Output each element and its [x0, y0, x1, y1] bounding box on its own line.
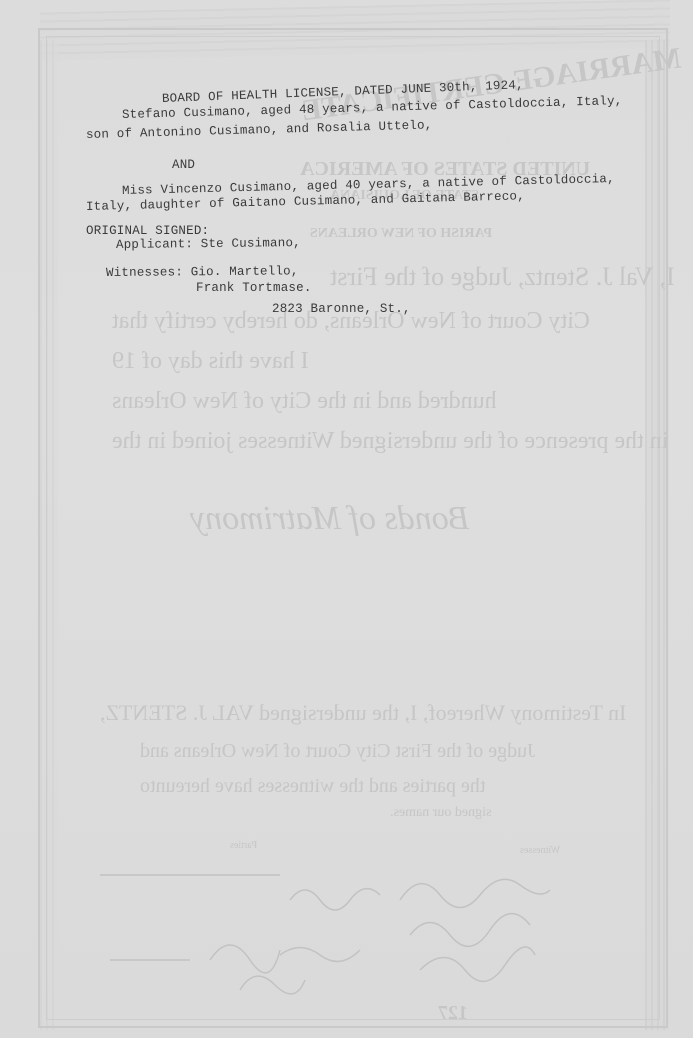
- ghost-parties-label: Parties: [230, 840, 257, 851]
- witness-2: Frank Tortmase.: [196, 281, 312, 295]
- ghost-witnesses-label: Witnesses: [520, 845, 560, 856]
- ghost-testimony-line: In Testimony Whereof, I, the undersigned…: [100, 700, 626, 726]
- ghost-date-line: I have this day of 19: [112, 348, 309, 375]
- and-separator: AND: [172, 158, 195, 172]
- applicant-line: Applicant: Ste Cusimano,: [116, 236, 301, 252]
- ghost-bonds-line: Bonds of Matrimony: [190, 500, 470, 538]
- address-line: 2823 Baronne, St.,: [272, 302, 411, 316]
- ghost-hundred-line: hundred and in the City of New Orleans: [112, 388, 497, 415]
- ghost-presence-line: in the presence of the undersigned Witne…: [112, 428, 668, 455]
- ghost-parish: PARISH OF NEW ORLEANS: [310, 226, 492, 242]
- ghost-judge-line-2: Judge of the First City Court of New Orl…: [140, 740, 535, 763]
- original-signed-label: ORIGINAL SIGNED:: [86, 224, 209, 238]
- document-page: MARRIAGE CERTIFICATE UNITED STATES OF AM…: [0, 0, 693, 1038]
- witnesses-line: Witnesses: Gio. Martello,: [106, 264, 299, 280]
- ghost-parties-line: the parties and the witnesses have hereu…: [140, 775, 485, 798]
- ghost-signatures: [90, 860, 650, 1010]
- ghost-signed-line: signed our names.: [390, 805, 491, 821]
- ghost-judge-line: I, Val J. Stentz, Judge of the First: [330, 262, 675, 292]
